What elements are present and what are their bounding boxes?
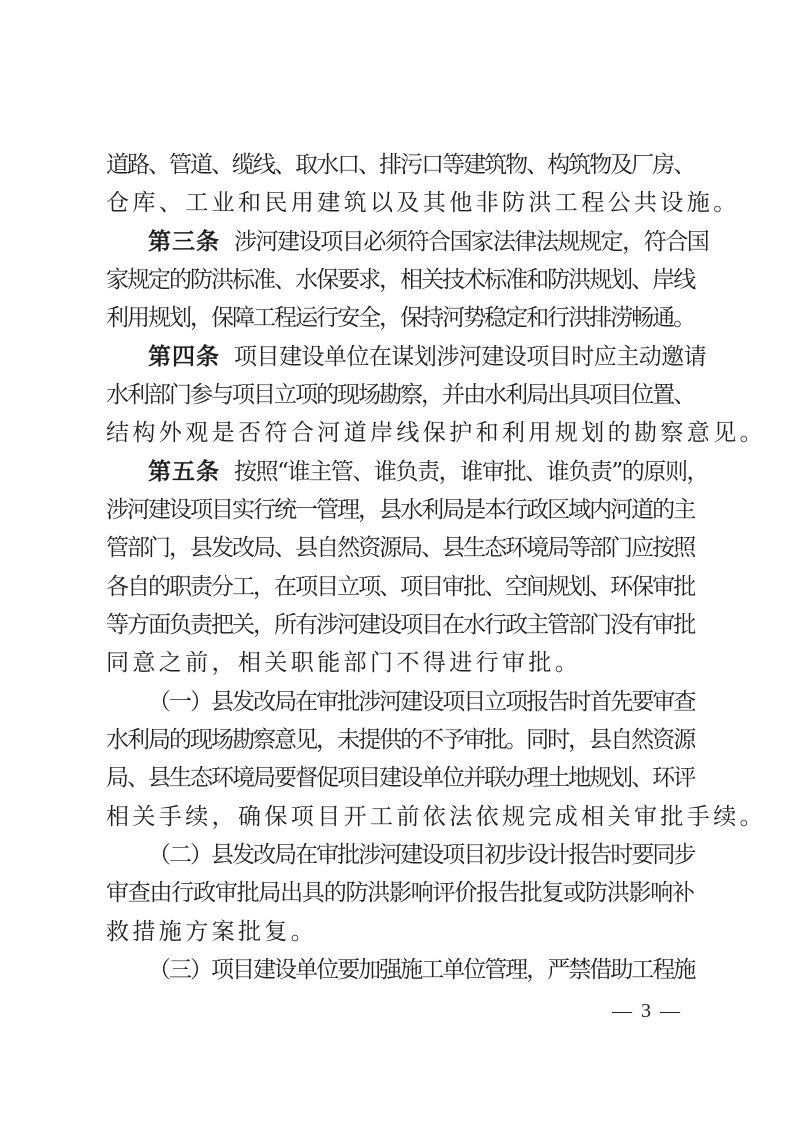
text-line: 审查由行政审批局出具的防洪影响评价报告批复或防洪影响补	[106, 874, 694, 912]
line-text: 救措施方案批复。	[106, 919, 317, 945]
article-line: 第四条项目建设单位在谋划涉河建设项目时应主动邀请	[148, 338, 706, 376]
text-line: 道路、管道、缆线、取水口、排污口等建筑物、构筑物及厂房、	[106, 146, 694, 184]
text-line: 救措施方案批复。	[106, 913, 317, 951]
text-line: （三）项目建设单位要加强施工单位管理，严禁借助工程施	[148, 951, 694, 989]
line-text: 道路、管道、缆线、取水口、排污口等建筑物、构筑物及厂房、	[106, 152, 694, 178]
text-line: （一）县发改局在审批涉河建设项目立项报告时首先要审查	[148, 683, 694, 721]
text-line: 相关手续，确保项目开工前依法依规完成相关审批手续。	[106, 798, 766, 836]
line-text: 水利部门参与项目立项的现场勘察，并由水利局出具项目位置、	[106, 382, 694, 408]
line-text: 管部门，县发改局、县自然资源局、县生态环境局等部门应按照	[106, 535, 694, 561]
article-line: 第五条按照“谁主管、谁负责，谁审批、谁负责”的原则，	[148, 453, 708, 491]
text-line: 等方面负责把关，所有涉河建设项目在水行政主管部门没有审批	[106, 606, 694, 644]
line-text: （一）县发改局在审批涉河建设项目立项报告时首先要审查	[148, 689, 694, 715]
text-line: 结构外观是否符合河道岸线保护和利用规划的勘察意见。	[106, 414, 766, 452]
article-heading: 第五条	[148, 459, 220, 485]
article-line: 第三条涉河建设项目必须符合国家法律法规规定，符合国	[148, 223, 708, 261]
document-page: 道路、管道、缆线、取水口、排污口等建筑物、构筑物及厂房、仓库、工业和民用建筑以及…	[0, 0, 793, 1122]
line-text: 涉河建设项目实行统一管理，县水利局是本行政区域内河道的主	[106, 497, 694, 523]
text-line: 同意之前，相关职能部门不得进行审批。	[106, 644, 581, 682]
line-text: 利用规划，保障工程运行安全，保持河势稳定和行洪排涝畅通。	[106, 305, 694, 331]
line-text: （三）项目建设单位要加强施工单位管理，严禁借助工程施	[148, 957, 694, 983]
text-line: 各自的职责分工，在项目立项、项目审批、空间规划、环保审批	[106, 568, 694, 606]
line-text: 局、县生态环境局要督促项目建设单位并联办理土地规划、环评	[106, 765, 694, 791]
line-text: 同意之前，相关职能部门不得进行审批。	[106, 650, 581, 676]
line-text: 家规定的防洪标准、水保要求，相关技术标准和防洪规划、岸线	[106, 267, 694, 293]
text-line: 涉河建设项目实行统一管理，县水利局是本行政区域内河道的主	[106, 491, 694, 529]
line-text: 等方面负责把关，所有涉河建设项目在水行政主管部门没有审批	[106, 612, 694, 638]
line-text: 相关手续，确保项目开工前依法依规完成相关审批手续。	[106, 804, 766, 830]
line-text: 仓库、工业和民用建筑以及其他非防洪工程公共设施。	[106, 190, 740, 216]
line-text: 各自的职责分工，在项目立项、项目审批、空间规划、环保审批	[106, 574, 694, 600]
article-heading: 第四条	[148, 344, 220, 370]
line-text: 水利局的现场勘察意见，未提供的不予审批。同时，县自然资源	[106, 727, 694, 753]
line-text: 涉河建设项目必须符合国家法律法规规定，符合国	[234, 229, 708, 255]
text-line: 水利部门参与项目立项的现场勘察，并由水利局出具项目位置、	[106, 376, 694, 414]
text-line: 管部门，县发改局、县自然资源局、县生态环境局等部门应按照	[106, 529, 694, 567]
line-text: 审查由行政审批局出具的防洪影响评价报告批复或防洪影响补	[106, 880, 694, 906]
line-text: 按照“谁主管、谁负责，谁审批、谁负责”的原则，	[234, 459, 708, 485]
text-line: 家规定的防洪标准、水保要求，相关技术标准和防洪规划、岸线	[106, 261, 694, 299]
article-heading: 第三条	[148, 229, 220, 255]
text-line: 仓库、工业和民用建筑以及其他非防洪工程公共设施。	[106, 184, 740, 222]
page-number: — 3 —	[612, 1000, 682, 1023]
text-line: 局、县生态环境局要督促项目建设单位并联办理土地规划、环评	[106, 759, 694, 797]
text-line: （二）县发改局在审批涉河建设项目初步设计报告时要同步	[148, 836, 694, 874]
line-text: 项目建设单位在谋划涉河建设项目时应主动邀请	[234, 344, 706, 370]
line-text: 结构外观是否符合河道岸线保护和利用规划的勘察意见。	[106, 420, 766, 446]
text-line: 水利局的现场勘察意见，未提供的不予审批。同时，县自然资源	[106, 721, 694, 759]
text-line: 利用规划，保障工程运行安全，保持河势稳定和行洪排涝畅通。	[106, 299, 694, 337]
line-text: （二）县发改局在审批涉河建设项目初步设计报告时要同步	[148, 842, 694, 868]
